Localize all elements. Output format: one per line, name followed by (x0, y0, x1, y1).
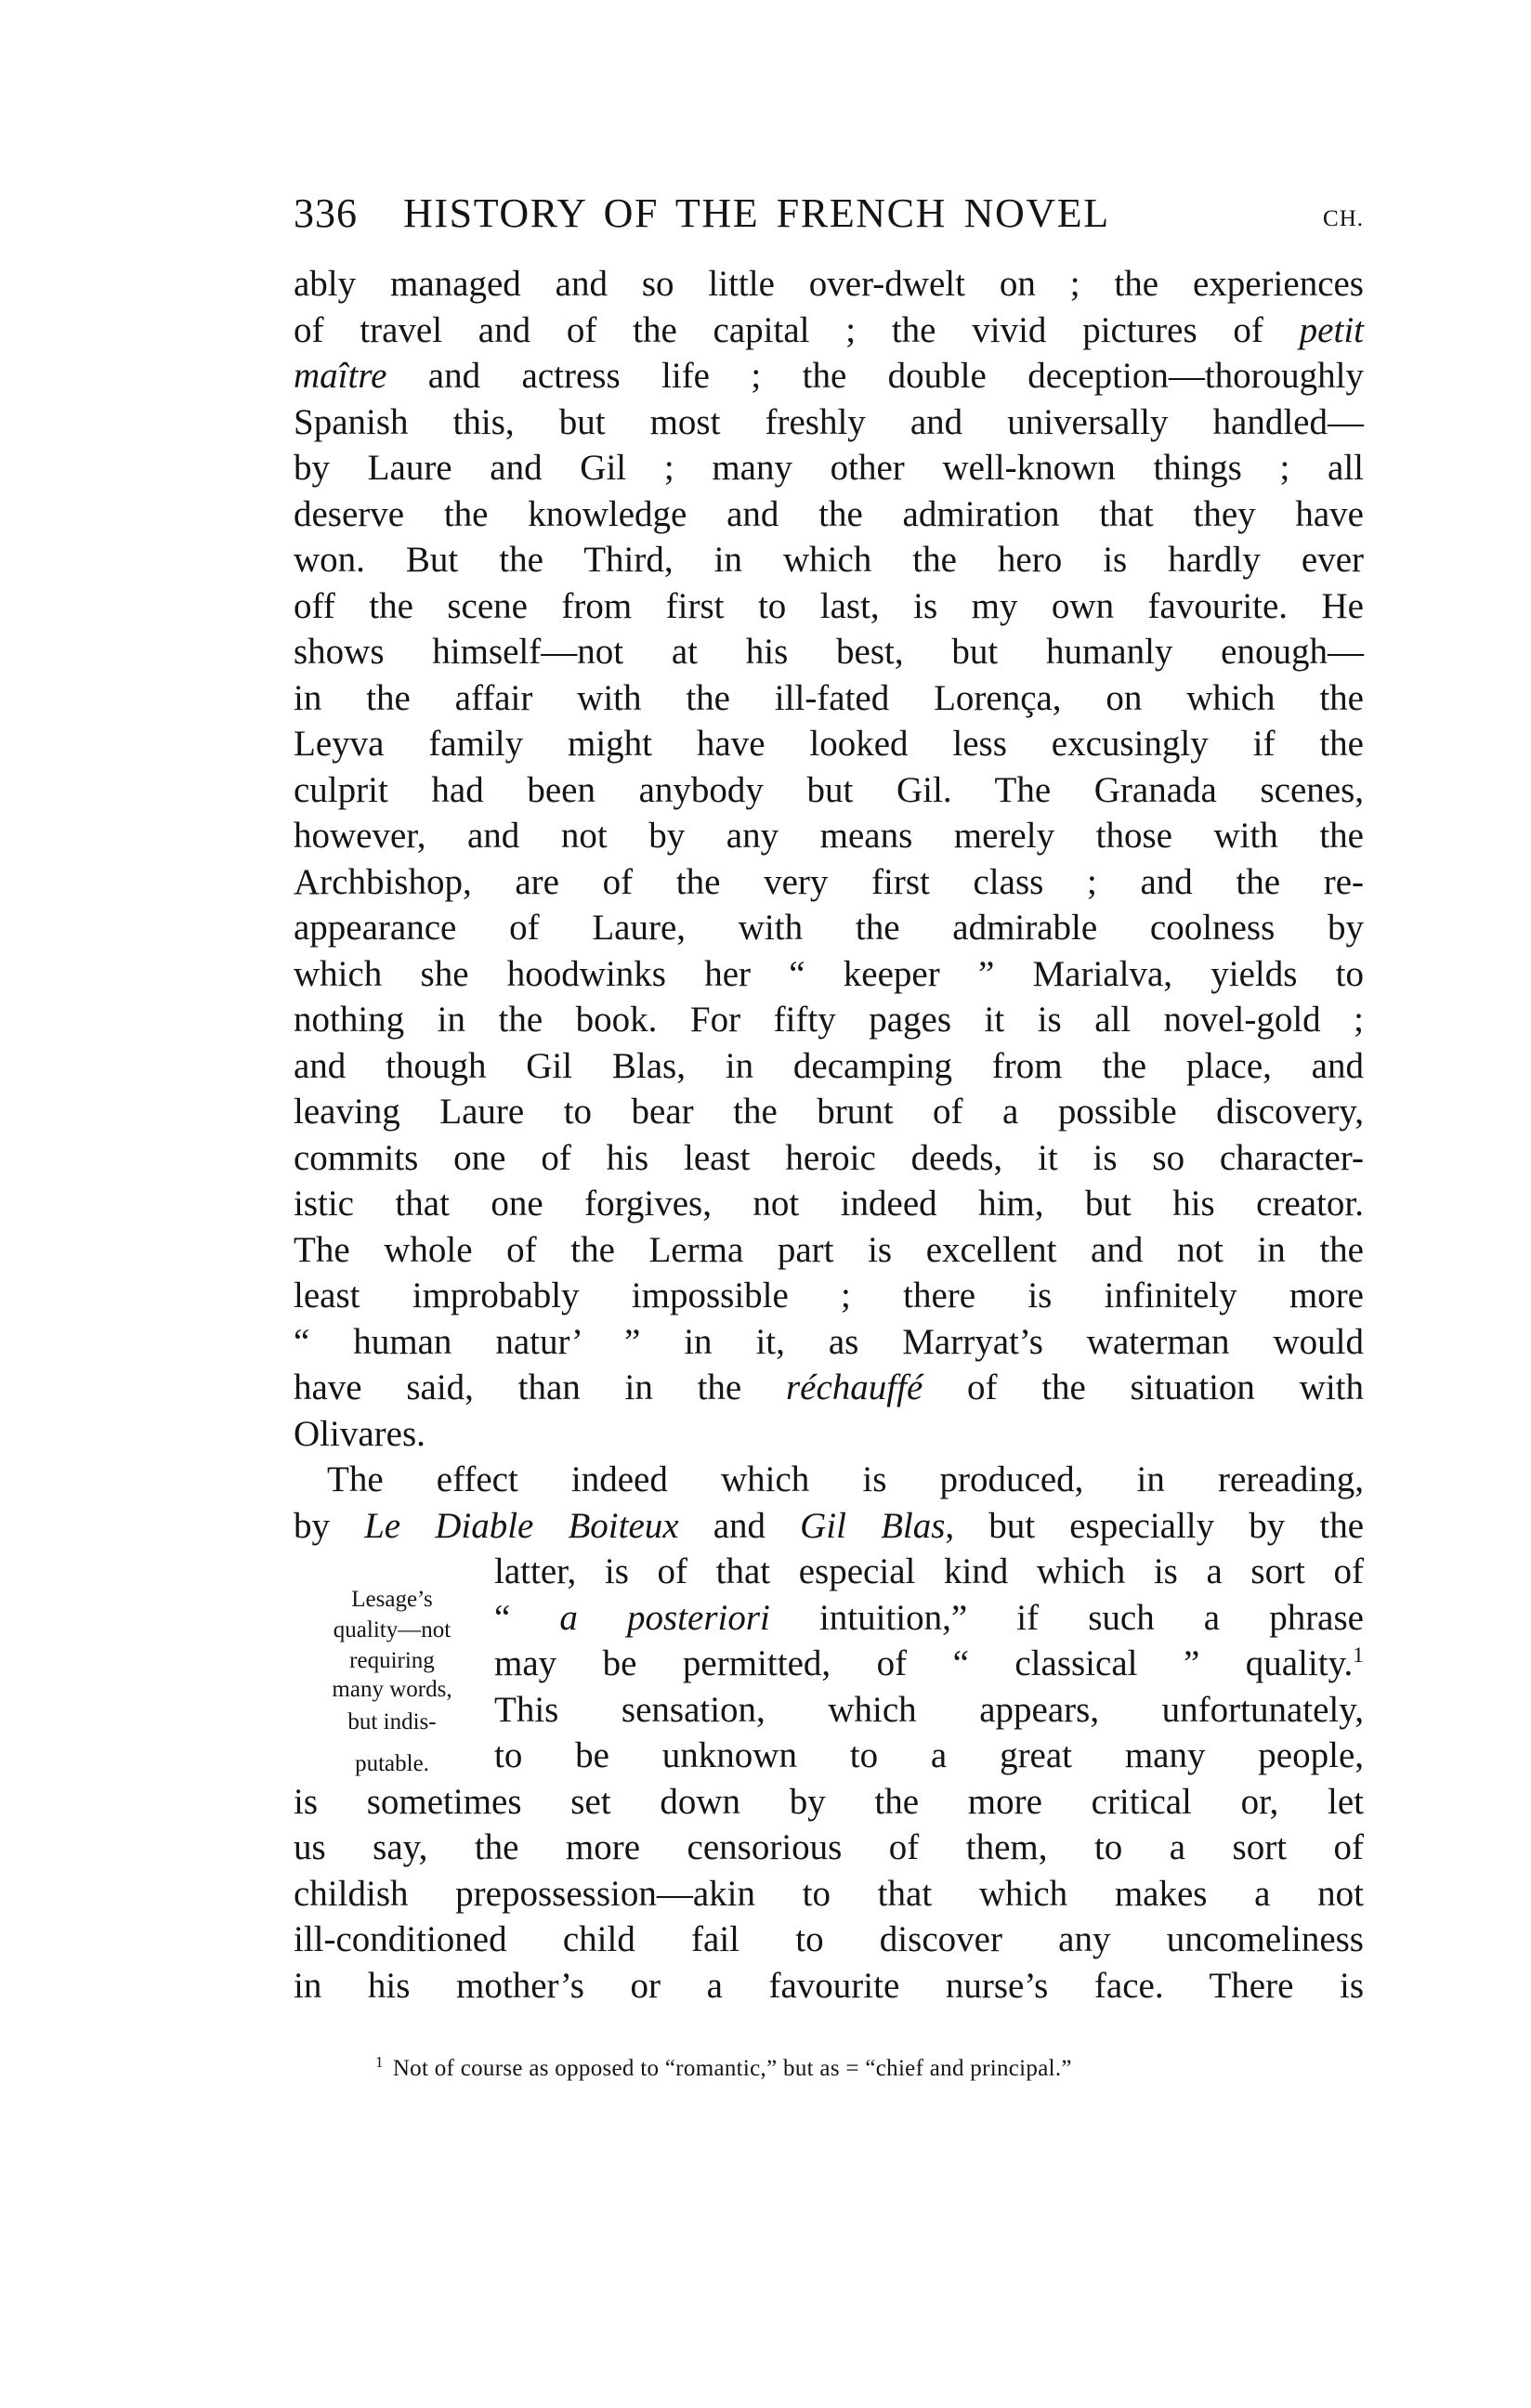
text-segment: have said, than in the (294, 1368, 786, 1407)
text-segment: Archbishop, are of the very first class … (294, 862, 1364, 902)
text-line: won. But the Third, in which the hero is… (294, 537, 1364, 583)
marginal-note-line: quality—not (295, 1616, 489, 1645)
text-segment: deserve the knowledge and the admiration… (294, 494, 1364, 534)
chapter-abbrev: CH. (1323, 191, 1364, 247)
text-line: This sensation, which appears, unfortuna… (494, 1687, 1364, 1734)
text-segment: Olivares. (294, 1414, 425, 1454)
text-segment: culprit had been anybody but Gil. The Gr… (294, 770, 1364, 810)
text-segment: leaving Laure to bear the brunt of a pos… (294, 1092, 1364, 1132)
text-segment: and actress life ; the double deception—… (386, 356, 1364, 396)
text-segment: Spanish this, but most freshly and unive… (294, 402, 1364, 442)
text-line: istic that one forgives, not indeed him,… (294, 1181, 1364, 1227)
text-line: in the affair with the ill-fated Lorença… (294, 675, 1364, 722)
text-segment: The whole of the Lerma part is excellent… (294, 1230, 1364, 1270)
text-segment: ably managed and so little over-dwelt on… (294, 264, 1364, 304)
footnote-marker: 1 (375, 2053, 384, 2071)
text-line: which she hoodwinks her “ keeper ” Maria… (294, 951, 1364, 998)
page-number: 336 (294, 186, 358, 242)
text-segment: in the affair with the ill-fated Lorença… (294, 678, 1364, 718)
text-line: commits one of his least heroic deeds, i… (294, 1135, 1364, 1182)
text-segment: is sometimes set down by the more critic… (294, 1782, 1364, 1822)
footnote: 1Not of course as opposed to “romantic,”… (375, 2044, 1072, 2087)
text-segment: istic that one forgives, not indeed him,… (294, 1184, 1364, 1224)
marginal-note-line: putable. (295, 1749, 489, 1779)
text-line: may be permitted, of “ classical ” quali… (494, 1641, 1364, 1687)
text-segment: nothing in the book. For fifty pages it … (294, 1000, 1364, 1040)
text-line: in his mother’s or a favourite nurse’s f… (294, 1963, 1364, 2009)
text-segment: commits one of his least heroic deeds, i… (294, 1138, 1364, 1178)
text-line: “ a posteriori intuition,” if such a phr… (494, 1595, 1364, 1642)
text-line: “ human natur’ ” in it, as Marryat’s wat… (294, 1319, 1364, 1366)
text-segment: us say, the more censorious of them, to … (294, 1827, 1364, 1867)
text-line: shows himself—not at his best, but human… (294, 629, 1364, 675)
book-page: 336 HISTORY OF THE FRENCH NOVEL CH. ably… (0, 0, 1531, 2408)
text-segment: childish prepossession—akin to that whic… (294, 1874, 1364, 1914)
text-line: appearance of Laure, with the admirable … (294, 905, 1364, 951)
text-segment: appearance of Laure, with the admirable … (294, 908, 1364, 948)
text-line: leaving Laure to bear the brunt of a pos… (294, 1089, 1364, 1135)
text-line: have said, than in the réchauffé of the … (294, 1365, 1364, 1411)
text-line: and though Gil Blas, in decamping from t… (294, 1043, 1364, 1090)
running-head: 336 HISTORY OF THE FRENCH NOVEL CH. (294, 186, 1364, 242)
text-segment: in his mother’s or a favourite nurse’s f… (294, 1966, 1364, 2006)
text-segment: Leyva family might have looked less excu… (294, 724, 1364, 764)
italic-text: maître (294, 356, 386, 396)
text-line: ably managed and so little over-dwelt on… (294, 261, 1364, 308)
text-segment: intuition,” if such a phrase (770, 1598, 1364, 1638)
text-line: by Le Diable Boiteux and Gil Blas, but e… (294, 1503, 1364, 1550)
text-line: Archbishop, are of the very first class … (294, 859, 1364, 906)
italic-text: Le Diable Boiteux (364, 1506, 678, 1546)
text-line: maître and actress life ; the double dec… (294, 353, 1364, 399)
text-line: The whole of the Lerma part is excellent… (294, 1227, 1364, 1274)
text-line: deserve the knowledge and the admiration… (294, 491, 1364, 538)
text-segment: by Laure and Gil ; many other well-known… (294, 448, 1364, 488)
italic-text: Gil Blas (800, 1506, 945, 1546)
text-segment: latter, is of that especial kind which i… (494, 1551, 1364, 1591)
italic-text: a posteriori (559, 1598, 769, 1638)
text-segment: by (294, 1506, 364, 1546)
text-segment: ill-conditioned child fail to discover a… (294, 1919, 1364, 1959)
text-segment: won. But the Third, in which the hero is… (294, 540, 1364, 580)
text-line: least improbably impossible ; there is i… (294, 1273, 1364, 1319)
text-line: childish prepossession—akin to that whic… (294, 1871, 1364, 1917)
text-line: off the scene from first to last, is my … (294, 583, 1364, 630)
text-segment: may be permitted, of “ classical ” quali… (494, 1643, 1353, 1683)
text-segment: The effect indeed which is produced, in … (327, 1459, 1364, 1499)
text-segment: which she hoodwinks her “ keeper ” Maria… (294, 954, 1364, 994)
text-line: culprit had been anybody but Gil. The Gr… (294, 767, 1364, 814)
text-segment: of travel and of the capital ; the vivid… (294, 310, 1300, 350)
text-line: nothing in the book. For fifty pages it … (294, 997, 1364, 1043)
text-segment: to be unknown to a great many people, (494, 1735, 1364, 1775)
marginal-note-line: requiring (295, 1646, 489, 1676)
text-line: Spanish this, but most freshly and unive… (294, 399, 1364, 446)
text-line: us say, the more censorious of them, to … (294, 1825, 1364, 1871)
text-segment: This sensation, which appears, unfortuna… (494, 1690, 1364, 1730)
italic-text: petit (1300, 310, 1364, 350)
text-line: of travel and of the capital ; the vivid… (294, 308, 1364, 354)
footnote-reference: 1 (1353, 1643, 1364, 1668)
marginal-note-line: many words, (295, 1675, 489, 1705)
text-line: to be unknown to a great many people, (494, 1733, 1364, 1779)
text-segment: “ (494, 1598, 559, 1638)
italic-text: réchauffé (786, 1368, 923, 1407)
text-line: latter, is of that especial kind which i… (494, 1549, 1364, 1595)
text-segment: and (679, 1506, 801, 1546)
running-title: HISTORY OF THE FRENCH NOVEL (403, 186, 1110, 242)
text-segment: least improbably impossible ; there is i… (294, 1276, 1364, 1315)
text-line: Leyva family might have looked less excu… (294, 721, 1364, 767)
text-segment: of the situation with (923, 1368, 1364, 1407)
text-line: The effect indeed which is produced, in … (327, 1457, 1364, 1503)
marginal-note-line: but indis- (295, 1708, 489, 1737)
text-line: however, and not by any means merely tho… (294, 813, 1364, 859)
text-segment: , but especially by the (945, 1506, 1364, 1546)
text-line: Olivares. (294, 1411, 1364, 1458)
text-segment: “ human natur’ ” in it, as Marryat’s wat… (294, 1322, 1364, 1362)
footnote-text: Not of course as opposed to “romantic,” … (393, 2056, 1072, 2081)
text-segment: however, and not by any means merely tho… (294, 816, 1364, 856)
text-segment: and though Gil Blas, in decamping from t… (294, 1046, 1364, 1086)
text-line: ill-conditioned child fail to discover a… (294, 1917, 1364, 1963)
text-segment: shows himself—not at his best, but human… (294, 632, 1364, 672)
marginal-note-line: Lesage’s (295, 1585, 489, 1615)
text-line: by Laure and Gil ; many other well-known… (294, 445, 1364, 491)
text-segment: off the scene from first to last, is my … (294, 586, 1364, 626)
text-line: is sometimes set down by the more critic… (294, 1779, 1364, 1826)
